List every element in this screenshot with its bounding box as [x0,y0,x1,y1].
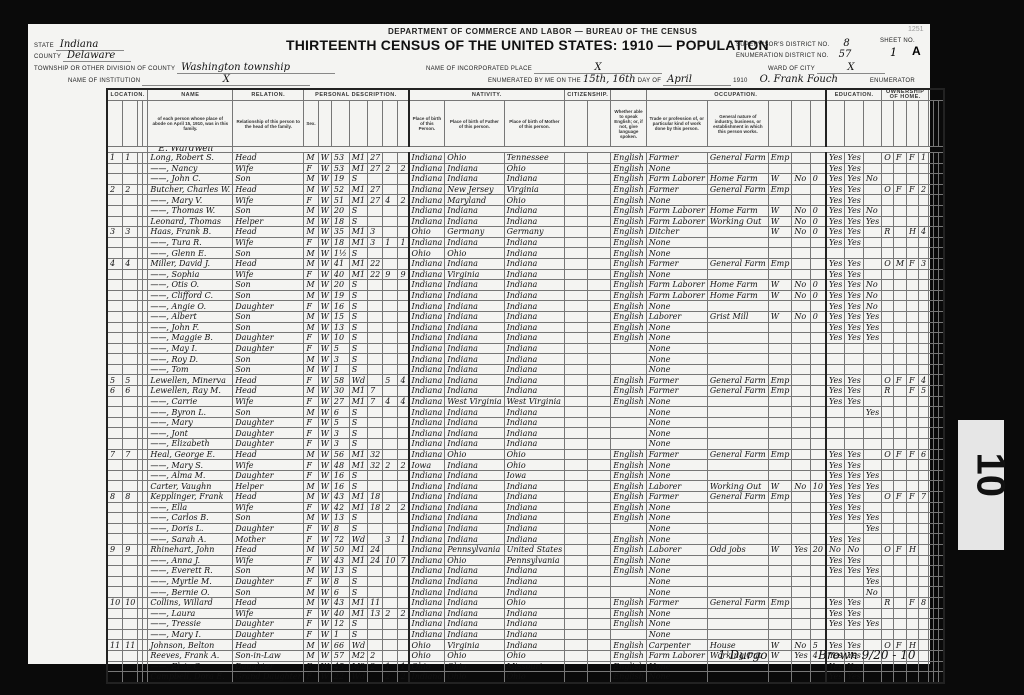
cell-mar: S [349,481,367,492]
cell-name: ——, Otis O. [148,280,233,291]
cell-living: 9 [398,269,409,280]
cell-dw [107,566,123,577]
ward-value: X [817,62,885,74]
cell-ind [707,460,768,471]
table-row: 22Butcher, Charles W.HeadMW52M127Indiana… [107,184,944,195]
cell-rd: Yes [826,258,845,269]
cell-emp [768,428,792,439]
cell-mbp: Indiana [504,428,565,439]
table-row: ——, TressieDaughterFW12SIndianaIndianaIn… [107,619,944,630]
cell-rd: Yes [826,566,845,577]
table-row: ——, LauraWifeFW40M11322IndianaIndianaInd… [107,608,944,619]
cell-race: W [318,566,331,577]
cell-rel: Wife [233,195,304,206]
cell-trade: None [646,195,707,206]
cell-sch [863,534,881,545]
cell-fbp: Indiana [445,343,504,354]
cell-fh [907,439,919,450]
cell-wr: Yes [845,481,863,492]
cell-rel: Head [233,544,304,555]
table-row: ——, Everett R.SonMW13SIndianaIndianaIndi… [107,566,944,577]
cell-trade: None [646,163,707,174]
cell-free [893,619,906,630]
cell-race: W [318,555,331,566]
cell-wks [810,258,826,269]
cell-rd: Yes [826,237,845,248]
cell-living [398,386,409,397]
cell-fbp: Virginia [445,640,504,651]
cell-own: O [882,258,894,269]
cell-own [882,301,894,312]
cell-mar: Wd [349,672,367,683]
cell-mbp: Indiana [504,248,565,259]
cell-age: 30 [331,386,349,397]
cell-living [398,650,409,661]
cell-wks [810,608,826,619]
cell-trade: Farmer [646,386,707,397]
cell-trade: None [646,237,707,248]
cell-age: 20 [331,280,349,291]
cell-trade: Farm Laborer [646,290,707,301]
cell-lang: English [611,555,647,566]
cell-born [383,513,398,524]
cell-mbp: Ohio [504,449,565,460]
cell-rel: Helper [233,216,304,227]
cell-rel: Daughter [233,629,304,640]
cell-born [383,492,398,503]
cell-fbp: Indiana [445,587,504,598]
cell-sch [863,608,881,619]
cell-fbp: Indiana [445,523,504,534]
cell-trade: None [646,629,707,640]
cell-mar: S [349,354,367,365]
cell-trade: Farmer [646,449,707,460]
cell-wr [845,417,863,428]
cell-wr: Yes [845,258,863,269]
cell-ind [707,417,768,428]
cell-dw [107,523,123,534]
cell-fh [907,407,919,418]
cell-fbp: Indiana [445,163,504,174]
cell-oow [792,587,810,598]
cell-age: 56 [331,449,349,460]
table-row: 88Kepplinger, FrankHeadMW43M118IndianaIn… [107,492,944,503]
cell-sched [919,566,929,577]
cell-oow [792,301,810,312]
cell-ind: Home Farm [707,290,768,301]
cell-trade: None [646,587,707,598]
cell-rel: Son-in-Law [233,650,304,661]
cell-living [398,566,409,577]
cell-born [383,417,398,428]
cell-age: 19 [331,290,349,301]
cell-mbp: Indiana [504,566,565,577]
cell-ind [707,237,768,248]
cell-born: 1 [383,661,398,672]
cell-mar: S [349,523,367,534]
cell-race: W [318,428,331,439]
cell-wr: Yes [845,672,863,683]
cell-age: 5 [331,343,349,354]
cell-fam: 8 [123,492,138,503]
cell-rd: Yes [826,174,845,185]
cell-own [882,163,894,174]
cell-fam [123,396,138,407]
cell-name: ——, Maggie B. [148,333,233,344]
cell-age: 5 [331,417,349,428]
cell-bp: Indiana [409,407,445,418]
cell-ind: General Farm [707,184,768,195]
cell-free [893,481,906,492]
cell-emp [768,248,792,259]
cell-rel: Daughter [233,439,304,450]
cell-emp: Emp [768,449,792,460]
cell-sex: M [304,513,318,524]
cell-ind [707,661,768,672]
cell-rel: Head [233,375,304,386]
cell-race: W [318,492,331,503]
cell-fh [907,216,919,227]
cell-free: F [893,492,906,503]
cell-race: W [318,364,331,375]
cell-wr: Yes [845,269,863,280]
cell-sex: M [304,354,318,365]
cell-wr: Yes [845,470,863,481]
cell-lang: English [611,608,647,619]
cell-rel: Son [233,174,304,185]
cell-dw [107,470,123,481]
cell-emp [768,364,792,375]
cell-sched: 2 [919,184,929,195]
cell-fam [123,534,138,545]
cell-age: 43 [331,597,349,608]
cell-rd: Yes [826,269,845,280]
cell-sched [919,322,929,333]
cell-fh [907,354,919,365]
cell-fh: F [907,258,919,269]
cell-fh [907,566,919,577]
cell-emp [768,407,792,418]
cell-living [398,523,409,534]
cell-sch [863,364,881,375]
cell-name: ——, John F. [148,322,233,333]
cell-bp: Indiana [409,333,445,344]
cell-free [893,343,906,354]
cell-name: ——, Bernie O. [148,587,233,598]
cell-mbp: Indiana [504,216,565,227]
cell-mar: Wd [349,375,367,386]
cell-sched [919,555,929,566]
cell-wks: 0 [810,280,826,291]
cell-wks: 0 [810,311,826,322]
cell-rd [826,576,845,587]
cell-sch: Yes [863,513,881,524]
cell-born: 4 [383,396,398,407]
cell-lang: English [611,619,647,630]
cell-emp [768,555,792,566]
cell-fbp: Indiana [445,290,504,301]
cell-bp: Indiana [409,343,445,354]
cell-living: 1 [398,661,409,672]
cell-rd [826,428,845,439]
cell-sex: M [304,587,318,598]
cell-fbp: Germany [445,227,504,238]
col-read [826,101,845,147]
cell-wks [810,153,826,164]
cell-sch: Yes [863,576,881,587]
cell-bp: Indiana [409,481,445,492]
cell-rel: Wife [233,237,304,248]
cell-wks: 0 [810,205,826,216]
cell-ind [707,629,768,640]
cell-yrs: 3 [368,237,383,248]
cell-fam [123,163,138,174]
cell-lang [611,576,647,587]
cell-wr: Yes [845,184,863,195]
cell-ind [707,513,768,524]
cell-fh [907,269,919,280]
cell-wks [810,386,826,397]
cell-yrs [368,566,383,577]
cell-ind: Home Farm [707,280,768,291]
cell-fh [907,672,919,683]
cell-fbp: Ohio [445,555,504,566]
cell-rd: Yes [826,513,845,524]
cell-wr [845,523,863,534]
cell-dw [107,608,123,619]
cell-dw [107,672,123,683]
cell-fbp: Indiana [445,481,504,492]
cell-yrs [368,640,383,651]
cell-sched [919,439,929,450]
cell-trade: None [646,248,707,259]
page-tab-marker: 10 [958,420,1004,550]
cell-living [398,216,409,227]
cell-ind [707,269,768,280]
cell-sch [863,227,881,238]
cell-sch [863,354,881,365]
cell-name: ——, Elsie C. [148,661,233,672]
table-row: ——, Tura R.WifeFW18M1311IndianaIndianaIn… [107,237,944,248]
cell-wr [845,354,863,365]
cell-dw [107,248,123,259]
cell-born [383,216,398,227]
cell-born [383,619,398,630]
cell-fam [123,205,138,216]
cell-rd: Yes [826,661,845,672]
cell-name: ——, Alma M. [148,470,233,481]
cell-sched [919,311,929,322]
cell-oow: No [792,280,810,291]
cell-sch: Yes [863,481,881,492]
cell-rel: Grand Daughter [233,672,304,683]
cell-mbp: Pennsylvania [504,555,565,566]
cell-free [893,248,906,259]
cell-rd: Yes [826,386,845,397]
cell-sch [863,460,881,471]
cell-fbp: Virginia [445,269,504,280]
cell-rel: Head [233,227,304,238]
cell-sch [863,672,881,683]
cell-mar: M1 [349,227,367,238]
cell-sch [863,597,881,608]
cell-wr: Yes [845,597,863,608]
cell-own [882,407,894,418]
cell-own: R [882,597,894,608]
cell-sex: F [304,523,318,534]
cell-fam: 7 [123,449,138,460]
cell-wr [845,248,863,259]
cell-bp: Indiana [409,269,445,280]
sheet-number-field: Sheet No. [880,38,915,44]
cell-trade: Farmer [646,153,707,164]
cell-dw [107,311,123,322]
cell-sched: 4 [919,227,929,238]
cell-yrs: 24 [368,555,383,566]
cell-yrs [368,619,383,630]
cell-fbp: Ohio [445,449,504,460]
cell-rd [826,248,845,259]
cell-own: O [882,492,894,503]
cell-bp: Indiana [409,587,445,598]
cell-born [383,407,398,418]
cell-name: ——, Carrie [148,396,233,407]
cell-living: 2 [398,502,409,513]
cell-bp: Indiana [409,417,445,428]
cell-ind [707,534,768,545]
cell-fh [907,280,919,291]
cell-mar: M2 [349,650,367,661]
cell-rd: Yes [826,280,845,291]
cell-free [893,555,906,566]
cell-sex: M [304,597,318,608]
cell-trade: None [646,672,707,683]
cell-fbp: Indiana [445,205,504,216]
cell-wr: Yes [845,608,863,619]
cell-free [893,407,906,418]
cell-mar: S [349,290,367,301]
cell-rel: Head [233,449,304,460]
cell-oow [792,672,810,683]
supervisor-district-field: Supervisor's District No. 8 [736,38,850,49]
cell-rd: Yes [826,333,845,344]
cell-sched: 7 [919,492,929,503]
cell-yrs [368,205,383,216]
cell-oow: Yes [792,650,810,661]
cell-lang: English [611,184,647,195]
cell-born [383,439,398,450]
cell-mbp: Ohio [504,163,565,174]
cell-born [383,333,398,344]
cell-ind [707,470,768,481]
cell-lang: English [611,311,647,322]
cell-name: ——, Ella [148,502,233,513]
cell-mbp: Indiana [504,280,565,291]
cell-emp: Emp [768,153,792,164]
cell-rel: Wife [233,269,304,280]
cell-free [893,439,906,450]
cell-free [893,195,906,206]
cell-bp: Indiana [409,439,445,450]
county-value: Delaware [63,50,131,62]
cell-living [398,513,409,524]
enumeration-month: April [663,74,731,86]
cell-yrs [368,576,383,587]
cell-sch: No [863,280,881,291]
cell-mar: M1 [349,544,367,555]
cell-rd: Yes [826,163,845,174]
cell-free [893,661,906,672]
cell-rd [826,407,845,418]
cell-sch [863,195,881,206]
cell-oow [792,608,810,619]
cell-race: W [318,227,331,238]
cell-name: Collins, Willard [148,597,233,608]
cell-trade: None [646,619,707,630]
cell-fbp: Indiana [445,460,504,471]
cell-mbp: Indiana [504,492,565,503]
cell-race: W [318,608,331,619]
cell-wks [810,555,826,566]
cell-dw [107,428,123,439]
cell-trade: None [646,555,707,566]
cell-yrs [368,364,383,375]
census-rows: 11Long, Robert S.HeadMW53M127IndianaOhio… [107,153,944,683]
cell-yrs: 27 [368,195,383,206]
cell-fam: 1 [123,153,138,164]
cell-sch: No [863,587,881,598]
cell-emp [768,439,792,450]
cell-born [383,481,398,492]
cell-ind: Grist Mill [707,311,768,322]
cell-wr: Yes [845,396,863,407]
cell-lang: English [611,650,647,661]
cell-sched: 5 [919,386,929,397]
cell-sched [919,290,929,301]
cell-living [398,470,409,481]
cell-oow [792,407,810,418]
cell-mbp: Missouri [504,661,565,672]
cell-fam [123,650,138,661]
cell-oow [792,269,810,280]
cell-bp: Indiana [409,216,445,227]
cell-sex: M [304,311,318,322]
cell-sch: Yes [863,566,881,577]
cell-fam [123,566,138,577]
ward-field: Ward of city X [768,62,885,74]
cell-emp [768,460,792,471]
cell-sch [863,555,881,566]
cell-rel: Head [233,153,304,164]
cell-sex: F [304,237,318,248]
cell-yrs [368,375,383,386]
cell-sch [863,544,881,555]
cell-sex: F [304,375,318,386]
cell-sch [863,184,881,195]
cell-wr: Yes [845,619,863,630]
cell-free [893,566,906,577]
cell-yrs: 2 [368,661,383,672]
cell-bp: Indiana [409,597,445,608]
cell-living [398,544,409,555]
cell-oow: No [792,227,810,238]
cell-born: 2 [383,672,398,683]
cell-born [383,428,398,439]
table-row: ——, SophiaWifeFW40M12299IndianaVirginiaI… [107,269,944,280]
cell-free: F [893,375,906,386]
cell-fam [123,428,138,439]
table-row: ——, EllaWifeFW42M11822IndianaIndianaIndi… [107,502,944,513]
